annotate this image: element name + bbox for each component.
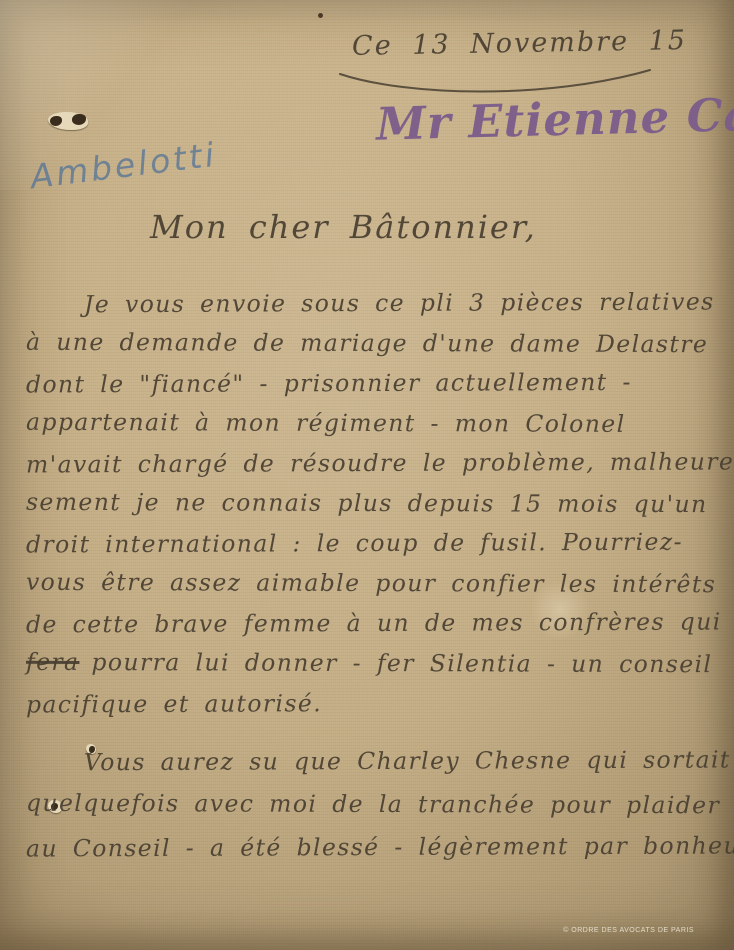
body-line: à une demande de mariage d'une dame Dela…: [26, 322, 716, 364]
body-line: Je vous envoie sous ce pli 3 pièces rela…: [26, 281, 716, 324]
struck-word: fera: [26, 648, 80, 676]
archive-credit: © ORDRE DES AVOCATS DE PARIS: [563, 927, 694, 934]
body-line: au Conseil - a été blessé - légèrement p…: [26, 824, 716, 870]
recipient-name-purple-ink: Mr Etienne Caen: [375, 86, 734, 151]
body-line: sement je ne connais plus depuis 15 mois…: [26, 482, 716, 524]
letter-scan: Ce 13 Novembre 15 Mr Etienne Caen Ambelo…: [0, 0, 734, 950]
paper-hole-top-left: [46, 106, 90, 134]
body-line: appartenait à mon régiment - mon Colonel: [26, 402, 716, 444]
paragraph-2: Vous aurez su que Charley Chesne qui sor…: [26, 740, 716, 869]
date-line: Ce 13 Novembre 15: [352, 25, 687, 62]
body-line: m'avait chargé de résoudre le problème, …: [26, 441, 716, 484]
body-line: Vous aurez su que Charley Chesne qui sor…: [26, 738, 716, 784]
body-line: de cette brave femme à un de mes confrèr…: [26, 601, 716, 644]
body-line: pacifique et autorisé.: [26, 681, 716, 724]
body-line: vous être assez aimable pour confier les…: [26, 562, 716, 604]
paragraph-1: Je vous envoie sous ce pli 3 pièces rela…: [26, 283, 716, 723]
body-line: quelquefois avec moi de la tranchée pour…: [26, 782, 716, 827]
body-line: dont le "fiancé" - prisonnier actuelleme…: [26, 361, 716, 404]
body-line-rest: pourra lui donner - fer Silentia - un co…: [91, 648, 712, 678]
assignment-note-blue-pencil: Ambelotti: [28, 135, 219, 197]
body-line-with-correction: ferapourra lui donner - fer Silentia - u…: [26, 642, 716, 684]
body-line: droit international : le coup de fusil. …: [26, 521, 716, 564]
ink-speck: [318, 13, 323, 18]
salutation: Mon cher Bâtonnier,: [150, 208, 537, 246]
